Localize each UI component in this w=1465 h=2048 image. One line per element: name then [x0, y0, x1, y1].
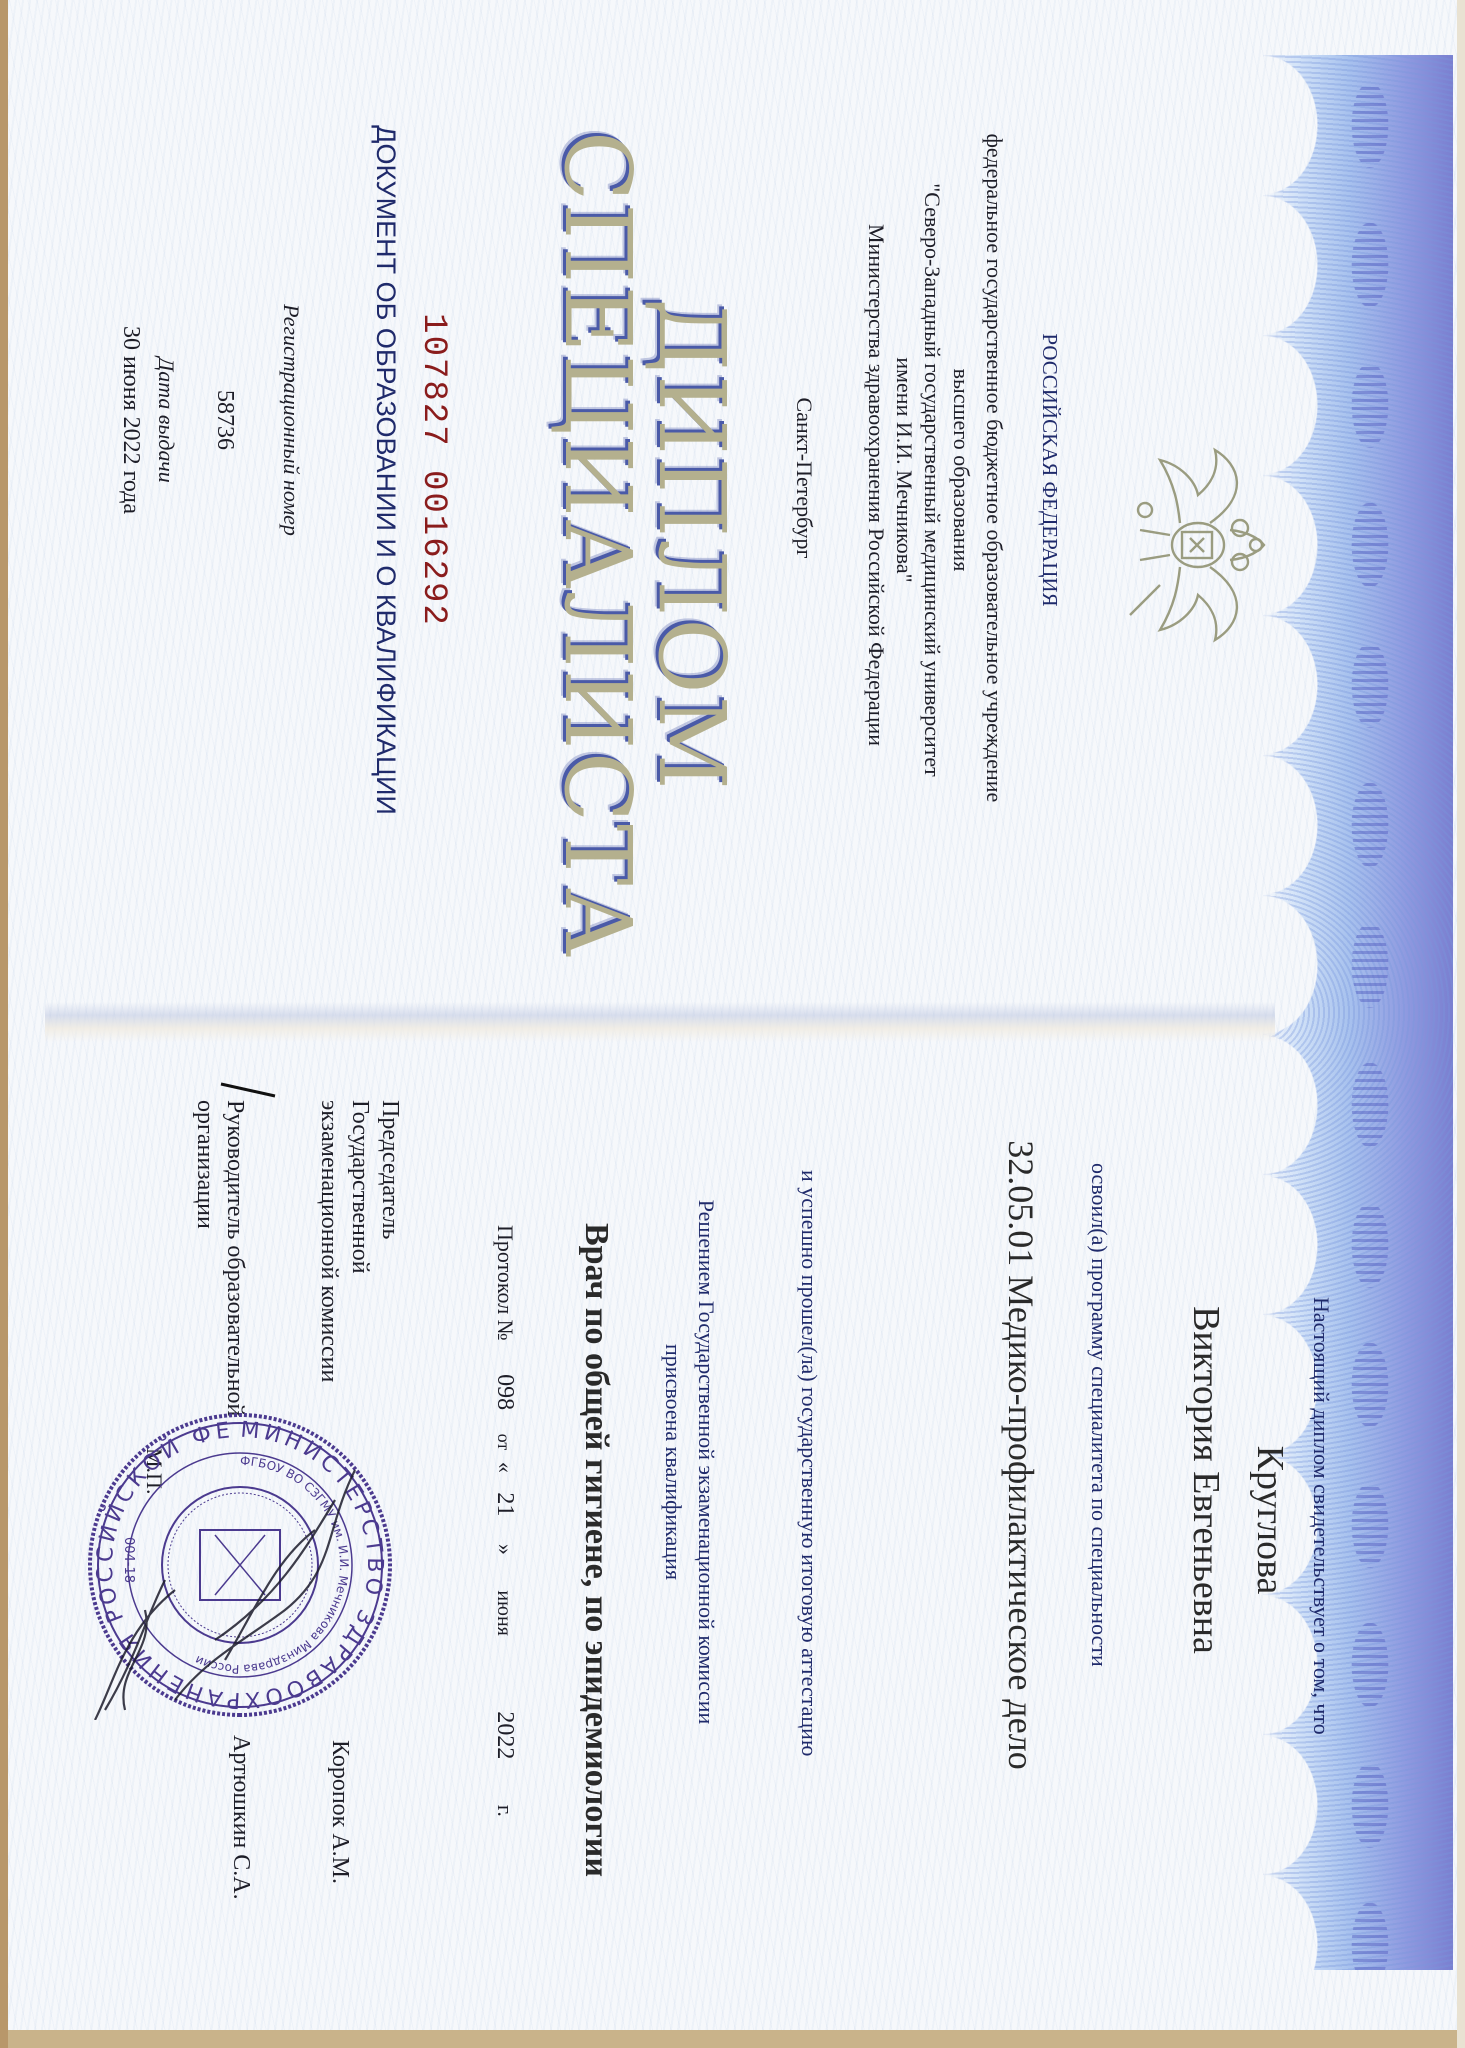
coat-of-arms-icon [1120, 440, 1270, 650]
issue-date: 30 июня 2022 года [119, 326, 143, 514]
protocol-quote-close: » [493, 1544, 518, 1555]
decision-line-2: присвоена квалификация [662, 1344, 684, 1580]
svg-text:ФГБОУ ВО СЗГМУ им. И.И. Мечник: ФГБОУ ВО СЗГМУ им. И.И. Мечникова Минздр… [193, 1454, 351, 1676]
intro-text: Настоящий диплом свидетельствует о том, … [1310, 1297, 1332, 1735]
reg-number-label: Регистрационный номер [280, 304, 302, 536]
protocol-year-suffix: г. [493, 1805, 518, 1817]
page-fold [45, 1002, 1275, 1042]
program-line: освоил(а) программу специалитета по спец… [1088, 1163, 1110, 1667]
document-type: ДОКУМЕНТ ОБ ОБРАЗОВАНИИ И О КВАЛИФИКАЦИИ [372, 125, 399, 815]
head-label-2: организации [193, 1100, 217, 1229]
holder-given-names: Виктория Евгеньевна [1187, 1306, 1225, 1654]
protocol-month: июня [493, 1590, 515, 1636]
serial-series: 107827 [414, 313, 452, 447]
diploma-subtitle: СПЕЦИАЛИСТА [551, 131, 643, 959]
protocol-line: Протокол № 098 от « 21 » июня 2022 г. [493, 1225, 517, 1925]
head-name: Артюшкин С.А. [229, 1735, 253, 1900]
institution-line-1: федеральное государственное бюджетное об… [983, 134, 1005, 803]
protocol-day: 21 [492, 1492, 518, 1516]
diploma-title: ДИПЛОМ [645, 298, 737, 792]
city-name: Санкт-Петербург [793, 398, 815, 559]
specialty: 32.05.01 Медико-профилактическое дело [1003, 1140, 1039, 1769]
serial-number: 107827 0016292 [416, 313, 450, 627]
serial-digits: 0016292 [414, 470, 452, 627]
institution-line-5: Министерства здравоохранения Российской … [865, 224, 887, 746]
stamp-code: 004-18 [121, 1537, 136, 1583]
protocol-quote-open: « [493, 1462, 518, 1473]
stamp-inner-text: ФГБОУ ВО СЗГМУ им. И.И. Мечникова Минздр… [193, 1454, 351, 1676]
institution-line-3: "Северо-Западный государственный медицин… [921, 183, 943, 776]
reg-number: 58736 [213, 390, 237, 450]
issue-date-label: Дата выдачи [155, 357, 177, 482]
attestation-line: и успешно прошел(ла) государственную ито… [798, 1170, 820, 1756]
country-name: РОССИЙСКАЯ ФЕДЕРАЦИЯ [1039, 333, 1060, 606]
chairman-label-1: Председатель [378, 1100, 402, 1239]
chairman-label-2: Государственной [348, 1100, 372, 1274]
protocol-number: 098 [492, 1374, 518, 1410]
paper-top-edge [1457, 0, 1465, 2048]
chairman-name: Коропок А.М. [328, 1740, 352, 1884]
holder-surname: Круглова [1251, 1446, 1289, 1595]
protocol-year: 2022 [492, 1711, 518, 1759]
protocol-label: Протокол № [493, 1225, 518, 1341]
qualification: Врач по общей гигиене, по эпидемиологии [579, 1223, 613, 1877]
guilloche-wave-pattern [1335, 55, 1405, 1970]
institution-line-2: высшего образования [950, 369, 972, 572]
decision-line-1: Решением Государственной экзаменационной… [695, 1200, 717, 1725]
diploma-document: РОССИЙСКАЯ ФЕДЕРАЦИЯ федеральное государ… [0, 0, 1465, 2048]
head-label-1: Руководитель образовательной [223, 1100, 247, 1416]
chairman-label-3: экзаменационной комиссии [317, 1100, 341, 1382]
institution-line-4: имени И.И. Мечникова" [893, 357, 915, 582]
table-surface [0, 0, 8, 2048]
protocol-from: от [494, 1434, 514, 1451]
official-stamp-icon: МИНИСТЕРСТВО ЗДРАВООХРАНЕНИЯ РОССИЙСКОЙ … [85, 1410, 395, 1720]
